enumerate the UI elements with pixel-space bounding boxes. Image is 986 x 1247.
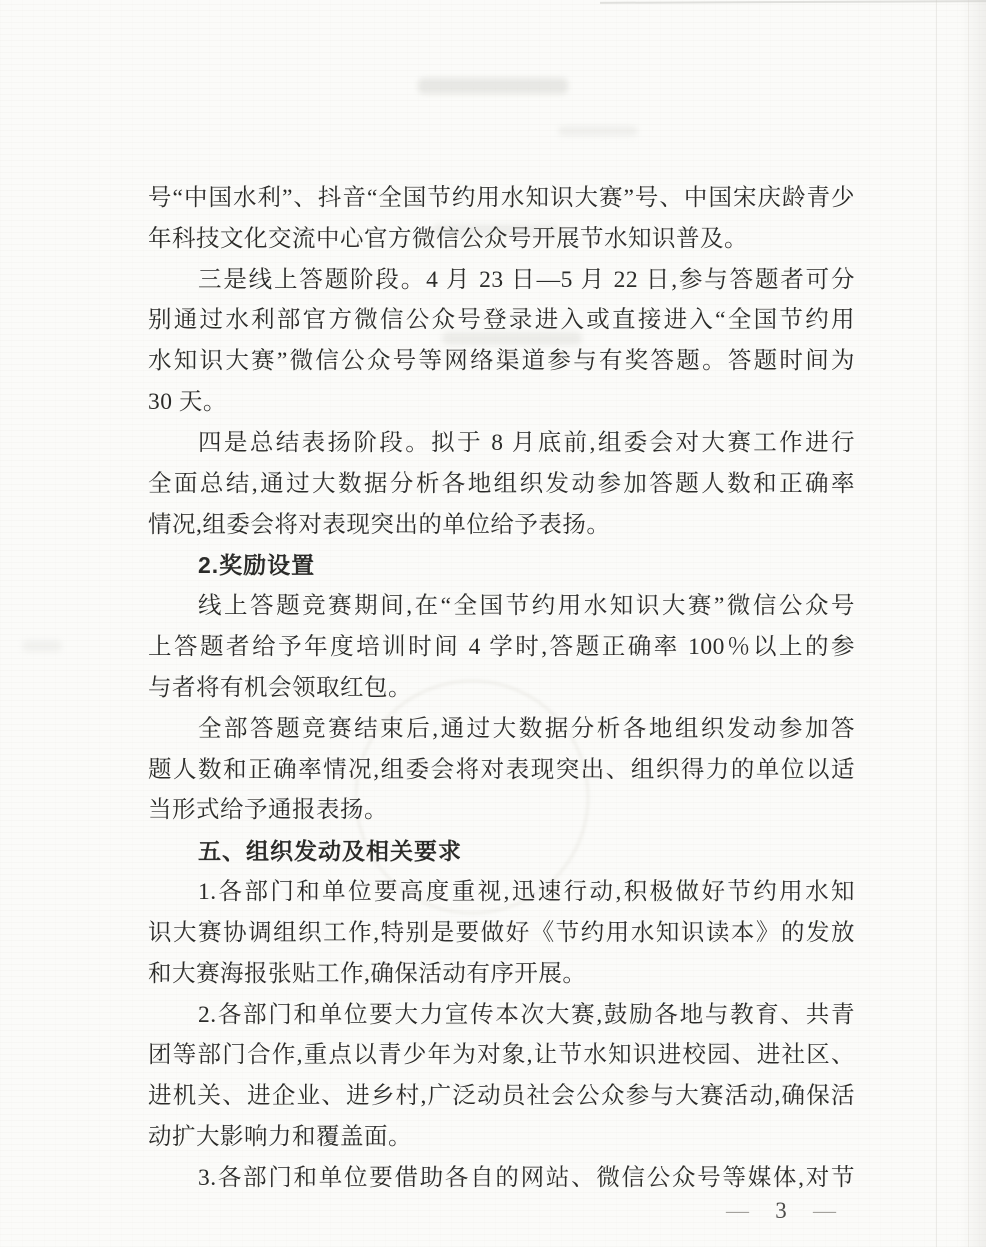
text-line: 30 天。 xyxy=(148,382,855,423)
scan-artifact-ghost-text xyxy=(558,126,638,136)
heading-line: 五、组织发动及相关要求 xyxy=(148,831,855,872)
document-text-column: 号“中国水利”、抖音“全国节约用水知识大赛”号、中国宋庆龄青少年科技文化交流中心… xyxy=(148,178,855,1199)
text-line: 与者将有机会领取红包。 xyxy=(148,668,855,709)
text-line: 四是总结表扬阶段。拟于 8 月底前,组委会对大赛工作进行 xyxy=(148,423,855,464)
text-line: 动扩大影响力和覆盖面。 xyxy=(148,1117,855,1158)
text-line: 2.各部门和单位要大力宣传本次大赛,鼓励各地与教育、共青 xyxy=(148,995,855,1036)
scan-edge-shading xyxy=(960,0,986,1247)
text-line: 上答题者给予年度培训时间 4 学时,答题正确率 100％以上的参 xyxy=(148,627,855,668)
heading-line: 2.奖励设置 xyxy=(148,545,855,586)
text-line: 线上答题竞赛期间,在“全国节约用水知识大赛”微信公众号 xyxy=(148,586,855,627)
text-line: 情况,组委会将对表现突出的单位给予表扬。 xyxy=(148,505,855,546)
text-line: 当形式给予通报表扬。 xyxy=(148,790,855,831)
text-line: 全面总结,通过大数据分析各地组织发动参加答题人数和正确率 xyxy=(148,464,855,505)
text-line: 年科技文化交流中心官方微信公众号开展节水知识普及。 xyxy=(148,219,855,260)
text-line: 水知识大赛”微信公众号等网络渠道参与有奖答题。答题时间为 xyxy=(148,341,855,382)
text-line: 题人数和正确率情况,组委会将对表现突出、组织得力的单位以适 xyxy=(148,750,855,791)
scan-artifact-top-line xyxy=(600,0,986,4)
text-line: 和大赛海报张贴工作,确保活动有序开展。 xyxy=(148,954,855,995)
text-line: 团等部门合作,重点以青少年为对象,让节水知识进校园、进社区、 xyxy=(148,1035,855,1076)
scan-artifact-ghost-text xyxy=(418,78,568,94)
footer-dash-left: — xyxy=(726,1196,749,1226)
text-line: 3.各部门和单位要借助各自的网站、微信公众号等媒体,对节 xyxy=(148,1158,855,1199)
text-line: 号“中国水利”、抖音“全国节约用水知识大赛”号、中国宋庆龄青少 xyxy=(148,178,855,219)
text-line: 进机关、进企业、进乡村,广泛动员社会公众参与大赛活动,确保活 xyxy=(148,1076,855,1117)
scan-artifact-vertical-streak xyxy=(968,0,969,1247)
footer-dash-right: — xyxy=(813,1196,836,1226)
scan-artifact-vertical-streak xyxy=(936,0,937,1247)
page-footer: — 3 — xyxy=(726,1196,836,1226)
text-line: 全部答题竞赛结束后,通过大数据分析各地组织发动参加答 xyxy=(148,709,855,750)
page-number: 3 xyxy=(775,1196,787,1226)
text-line: 别通过水利部官方微信公众号登录进入或直接进入“全国节约用 xyxy=(148,300,855,341)
text-line: 识大赛协调组织工作,特别是要做好《节约用水知识读本》的发放 xyxy=(148,913,855,954)
text-line: 1.各部门和单位要高度重视,迅速行动,积极做好节约用水知 xyxy=(148,872,855,913)
text-line: 三是线上答题阶段。4 月 23 日—5 月 22 日,参与答题者可分 xyxy=(148,260,855,301)
scan-artifact-ghost-text xyxy=(22,640,62,652)
